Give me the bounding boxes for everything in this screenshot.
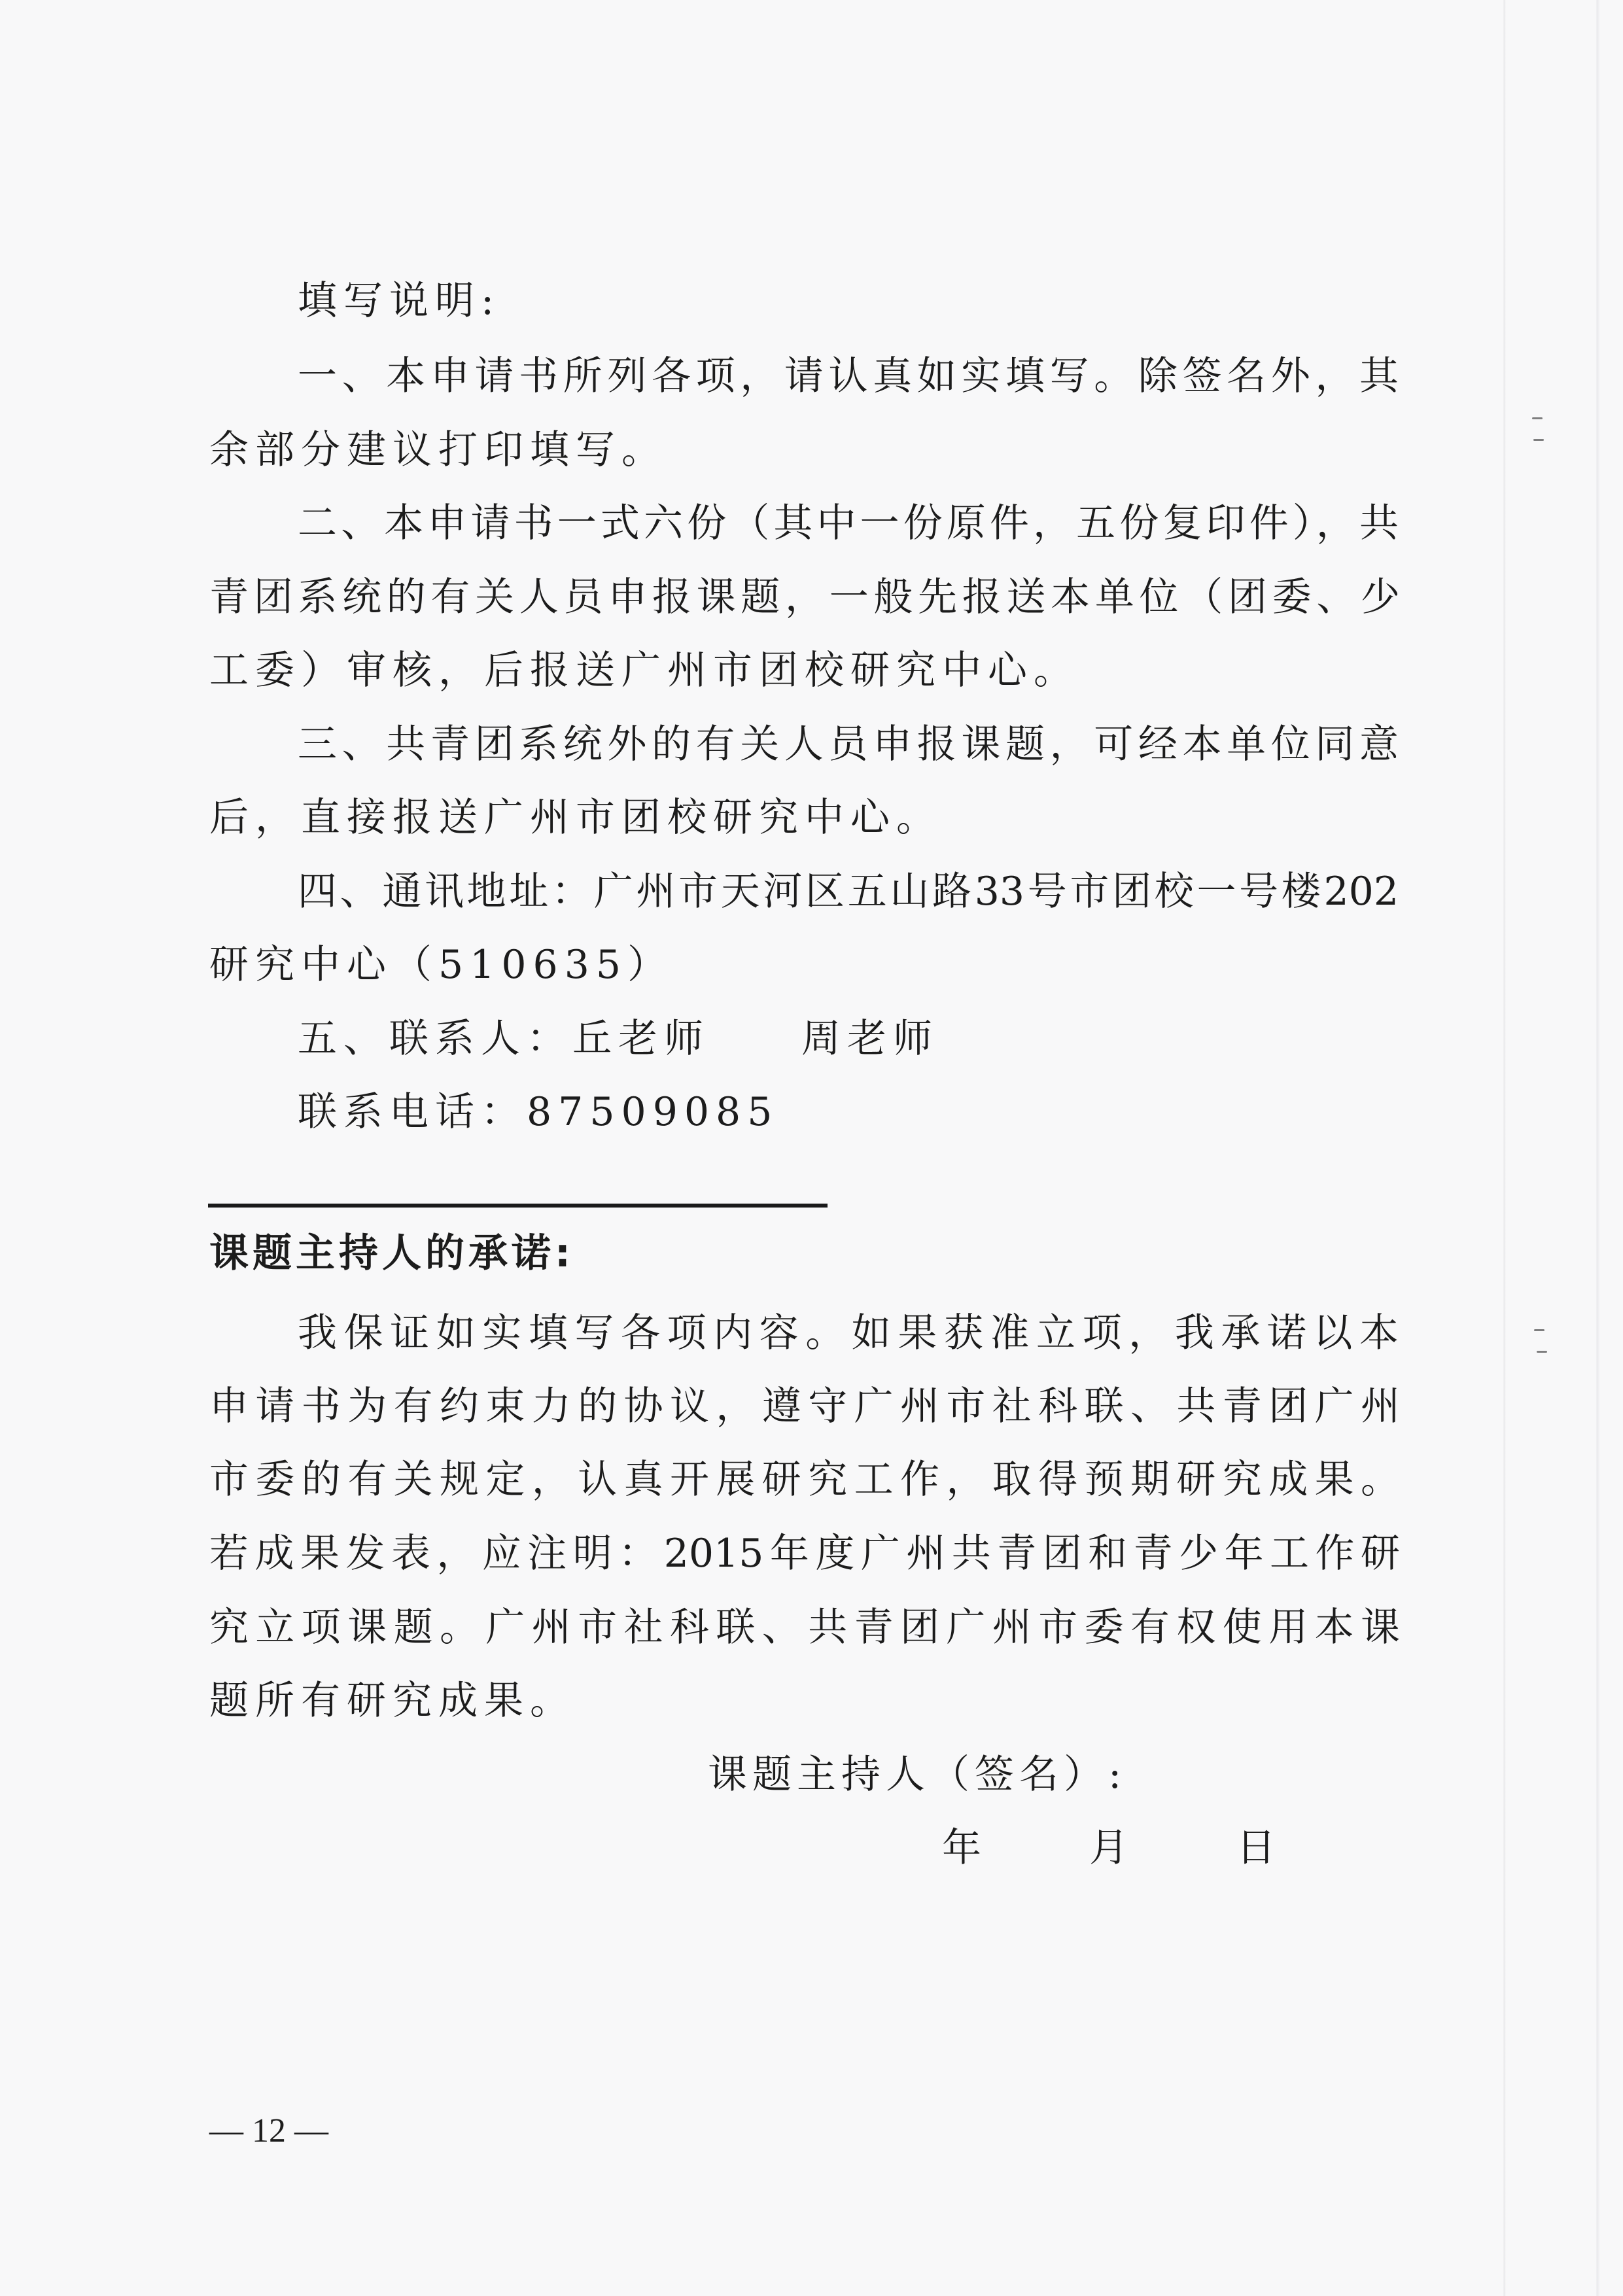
staple-mark [1532,417,1543,419]
page-number: — 12 — [209,2112,328,2151]
instruction-5-contacts: 五、联系人：丘老师 周老师 [298,1013,939,1065]
staple-mark [1534,1329,1544,1331]
commitment-line-3: 市委的有关规定，认真开展研究工作，取得预期研究成果。 [209,1453,1400,1506]
commitment-line-4: 若成果发表，应注明：2015年度广州共青团和青少年工作研 [209,1527,1400,1580]
commitment-heading: 课题主持人的承诺: [209,1227,574,1279]
signature-label: 课题主持人（签名）: [708,1748,1126,1801]
instruction-2-line-1: 二、本申请书一式六份（其中一份原件，五份复印件），共 [298,497,1399,549]
staple-mark [1533,439,1544,441]
commitment-line-6: 题所有研究成果。 [209,1675,576,1727]
contact-phone: 联系电话：87509085 [298,1086,778,1138]
instruction-1-line-2: 余部分建议打印填写。 [209,424,667,476]
instruction-4-line-1: 四、通讯地址：广州市天河区五山路33号市团校一号楼202 [298,865,1399,918]
document-page: 填写说明: 一、本申请书所列各项，请认真如实填写。除签名外，其 余部分建议打印填… [0,0,1623,2296]
instruction-3-line-2: 后，直接报送广州市团校研究中心。 [209,791,942,844]
instruction-4-line-2: 研究中心（510635） [209,939,673,991]
staple-mark [1537,1351,1547,1353]
date-year-label: 年 [942,1822,986,1874]
instruction-3-line-1: 三、共青团系统外的有关人员申报课题，可经本单位同意 [298,718,1399,771]
date-month-label: 月 [1089,1822,1134,1874]
instruction-2-line-3: 工委）审核，后报送广州市团校研究中心。 [209,644,1079,697]
instruction-1-line-1: 一、本申请书所列各项，请认真如实填写。除签名外，其 [298,350,1399,402]
commitment-line-1: 我保证如实填写各项内容。如果获准立项，我承诺以本 [298,1307,1399,1359]
section-divider [208,1204,828,1208]
commitment-line-2: 申请书为有约束力的协议，遵守广州市社科联、共青团广州 [209,1380,1400,1433]
instruction-2-line-2: 青团系统的有关人员申报课题，一般先报送本单位（团委、少 [209,571,1400,623]
instructions-title: 填写说明: [298,275,500,327]
commitment-line-5: 究立项课题。广州市社科联、共青团广州市委有权使用本课 [209,1601,1400,1654]
date-day-label: 日 [1236,1822,1281,1874]
